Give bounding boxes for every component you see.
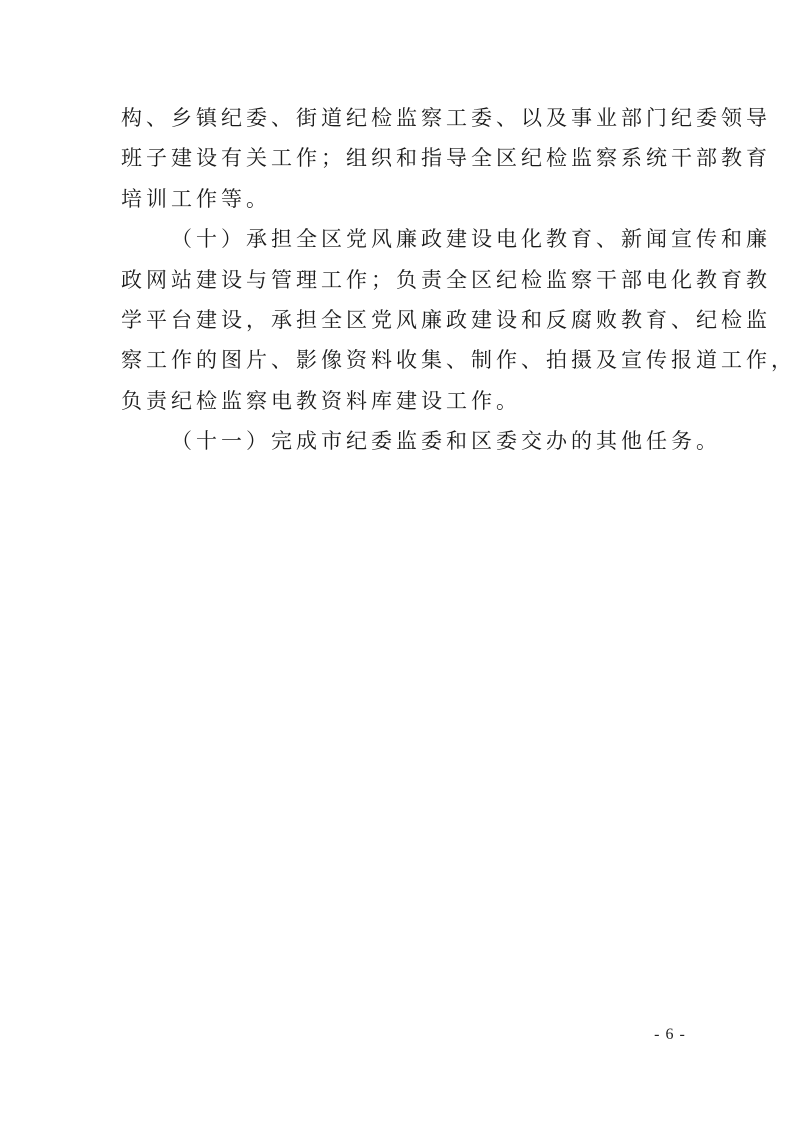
document-page: 构、乡镇纪委、街道纪检监察工委、以及事业部门纪委领导 班子建设有关工作；组织和指… [0, 0, 793, 1122]
page-number: - 6 - [640, 1026, 700, 1044]
paragraph-continued: 构、乡镇纪委、街道纪检监察工委、以及事业部门纪委领导 班子建设有关工作；组织和指… [121, 98, 681, 219]
text-line: （十一）完成市纪委监委和区委交办的其他任务。 [121, 421, 681, 461]
text-line: 班子建设有关工作；组织和指导全区纪检监察系统干部教育 [121, 138, 681, 178]
body-text: 构、乡镇纪委、街道纪检监察工委、以及事业部门纪委领导 班子建设有关工作；组织和指… [121, 98, 681, 462]
text-line: （十）承担全区党风廉政建设电化教育、新闻宣传和廉 [121, 219, 681, 259]
text-line: 学平台建设，承担全区党风廉政建设和反腐败教育、纪检监 [121, 300, 681, 340]
text-line: 培训工作等。 [121, 179, 681, 219]
text-line: 负责纪检监察电教资料库建设工作。 [121, 381, 681, 421]
text-line: 察工作的图片、影像资料收集、制作、拍摄及宣传报道工作， [121, 340, 681, 380]
text-line: 政网站建设与管理工作；负责全区纪检监察干部电化教育教 [121, 260, 681, 300]
text-line: 构、乡镇纪委、街道纪检监察工委、以及事业部门纪委领导 [121, 98, 681, 138]
paragraph-item-11: （十一）完成市纪委监委和区委交办的其他任务。 [121, 421, 681, 461]
paragraph-item-10: （十）承担全区党风廉政建设电化教育、新闻宣传和廉 政网站建设与管理工作；负责全区… [121, 219, 681, 421]
